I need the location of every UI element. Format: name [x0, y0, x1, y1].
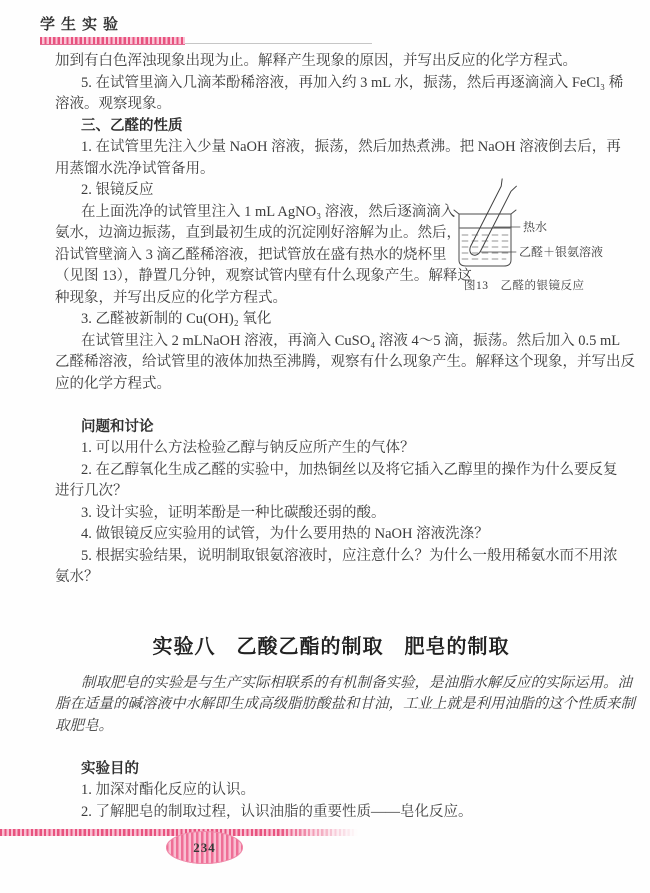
text-line [55, 395, 607, 417]
page-number: 234 [193, 840, 216, 856]
text-line: 加到有白色浑浊现象出现为止。解释产生现象的原因，并写出反应的化学方程式。 [55, 51, 607, 73]
text-line: 溶液。观察现象。 [55, 94, 607, 116]
figure-caption: 图13 乙醛的银镜反应 [464, 277, 585, 293]
text-line: 在试管里注入 2 mLNaOH 溶液，再滴入 CuSO₄ 溶液 4～5 滴，振荡… [55, 331, 607, 353]
lower-text-block: 制取肥皂的实验是与生产实际相联系的有机制备实验，是油脂水解反应的实际运用。油脂在… [55, 673, 607, 824]
text-line: 用蒸馏水洗净试管备用。 [55, 159, 607, 181]
figure-label-solution: 乙醛＋银氨溶液 [519, 246, 603, 259]
text-line: 3. 设计实验，证明苯酚是一种比碳酸还弱的酸。 [55, 503, 607, 525]
text-line: 4. 做银镜反应实验用的试管，为什么要用热的 NaOH 溶液洗涤？ [55, 524, 607, 546]
experiment-section-heading: 实验八 乙酸乙酯的制取 肥皂的制取 [55, 633, 607, 661]
text-line: 3. 乙醛被新制的 Cu(OH)₂ 氧化 [55, 309, 607, 331]
text-line: 三、乙醛的性质 [55, 116, 607, 138]
figure-13-silver-mirror: 热水 乙醛＋银氨溶液 图13 乙醛的银镜反应 [450, 178, 610, 296]
text-line: 实验目的 [55, 759, 607, 781]
page-header-title: 学生实验 [40, 13, 124, 34]
text-line: 1. 在试管里先注入少量 NaOH 溶液，振荡，然后加热煮沸。把 NaOH 溶液… [55, 137, 607, 159]
text-line: 2. 了解肥皂的制取过程，认识油脂的重要性质——皂化反应。 [55, 802, 607, 824]
text-line: 问题和讨论 [55, 417, 607, 439]
body-text-column: 加到有白色浑浊现象出现为止。解释产生现象的原因，并写出反应的化学方程式。5. 在… [55, 51, 607, 823]
text-line: 应的化学方程式。 [55, 374, 607, 396]
text-line: 制取肥皂的实验是与生产实际相联系的有机制备实验，是油脂水解反应的实际运用。油 [55, 673, 607, 695]
textbook-page: 学生实验 加到有白色浑浊现象出现为止。解释产生现象的原因，并写出反应的化学方程式… [0, 0, 650, 893]
text-line: 1. 加深对酯化反应的认识。 [55, 780, 607, 802]
text-line: 进行几次？ [55, 481, 607, 503]
text-line: 5. 根据实验结果，说明制取银氨溶液时，应注意什么？为什么一般用稀氨水而不用浓 [55, 546, 607, 568]
page-number-badge: 234 [166, 831, 243, 864]
text-line: 取肥皂。 [55, 716, 607, 738]
header-accent-bar [40, 37, 185, 45]
figure-label-hot-water: 热水 [523, 221, 547, 234]
text-line: 2. 在乙醇氧化生成乙醛的实验中，加热铜丝以及将它插入乙醇里的操作为什么要反复 [55, 460, 607, 482]
text-line: 乙醛稀溶液，给试管里的液体加热至沸腾，观察有什么现象产生。解释这个现象，并写出反 [55, 352, 607, 374]
text-line: 1. 可以用什么方法检验乙醇与钠反应所产生的气体？ [55, 438, 607, 460]
upper-text-block: 加到有白色浑浊现象出现为止。解释产生现象的原因，并写出反应的化学方程式。5. 在… [55, 51, 607, 589]
text-line: 脂在适量的碱溶液中水解即生成高级脂肪酸盐和甘油，工业上就是利用油脂的这个性质来制 [55, 694, 607, 716]
text-line [55, 737, 607, 759]
text-line: 5. 在试管里滴入几滴苯酚稀溶液，再加入约 3 mL 水，振荡，然后再逐滴滴入 … [55, 73, 607, 95]
text-line: 氨水？ [55, 567, 607, 589]
